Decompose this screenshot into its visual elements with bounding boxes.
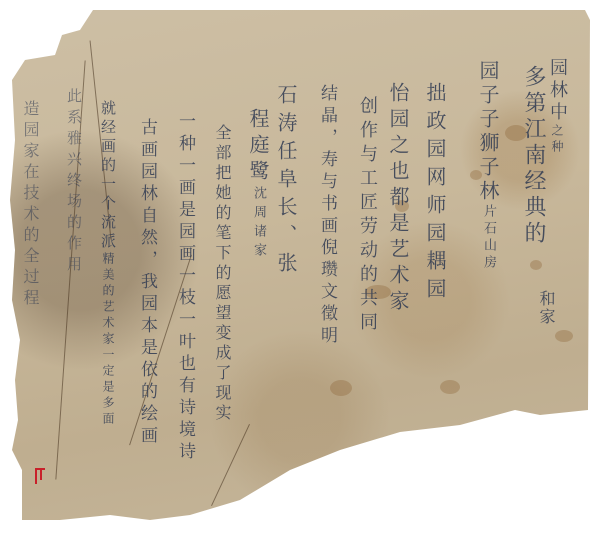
text-column-10: 程庭鹭沈周诸家 (248, 108, 268, 262)
text-column-1: 园林中之种 (548, 58, 566, 156)
text-column-14: 就经画的一个流派精美的艺术家一定是多面 (100, 100, 115, 428)
text-column-5: 拙政园网师园耦园 (425, 82, 445, 306)
text-column-15: 此系雅兴终场的作用 (66, 88, 81, 277)
text-column-6: 怡园之也都是艺术家 (388, 82, 408, 316)
text-column-16: 造园家在技术的全过程 (22, 100, 38, 310)
text-column-9: 石涛任阜长、张 (276, 84, 296, 280)
text-column-11: 全部把她的笔下的愿望变成了现实 (214, 124, 230, 424)
text-column-13: 古画园林自然，我园本是依的绘画 (138, 118, 155, 448)
text-column-7: 创作与工匠劳动的共同 (358, 96, 376, 336)
red-seal-mark (35, 468, 45, 484)
water-stain (555, 330, 573, 342)
water-stain (330, 380, 352, 396)
text-column-2: 多第江南经典的 (522, 65, 544, 247)
water-stain (530, 260, 542, 270)
water-stain (440, 380, 460, 394)
text-column-3: 和家 (538, 290, 554, 326)
manuscript-paper (0, 0, 600, 547)
text-column-12: 一种一画是园画一枝一叶也有诗境诗 (176, 112, 193, 464)
text-column-4: 园子子狮子林片石山房 (478, 60, 498, 272)
text-column-8: 结晶，寿与书画倪瓒文徵明 (318, 84, 335, 348)
